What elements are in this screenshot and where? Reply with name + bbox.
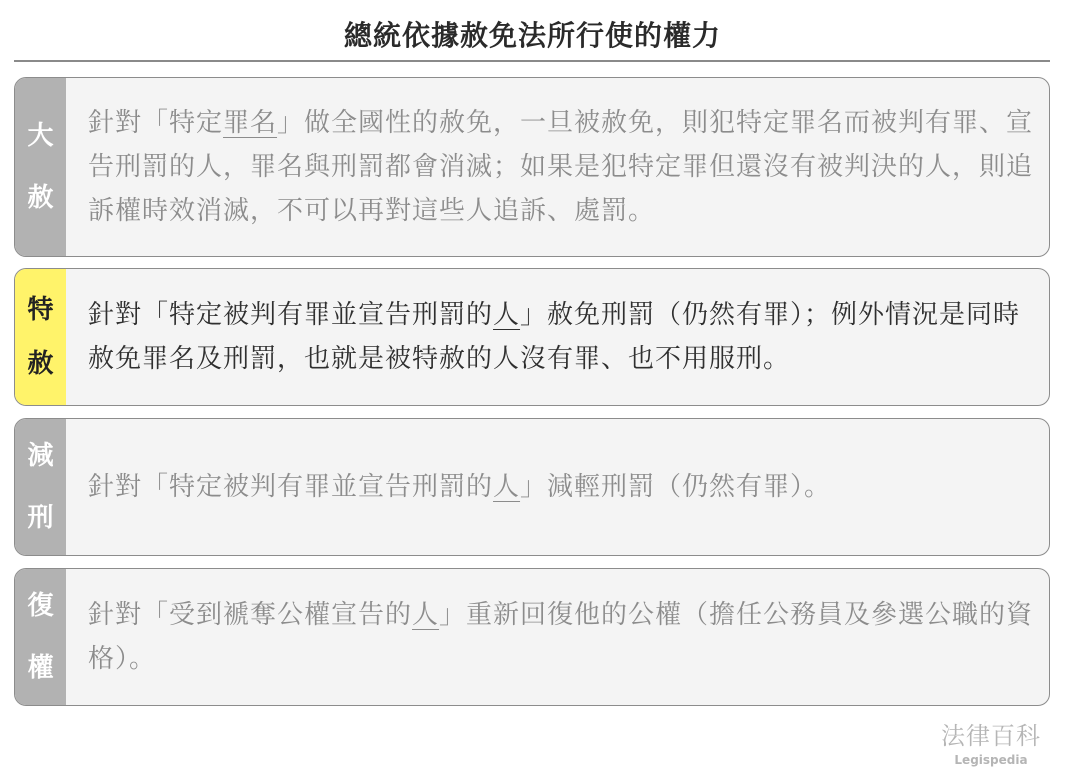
title-divider	[14, 60, 1050, 62]
brand-logo: 法律百科 Legispedia	[941, 716, 1041, 767]
underlined-term: 罪名	[223, 108, 277, 138]
tag-char: 權	[27, 655, 53, 681]
card-restoration: 復 權 針對「受到褫奪公權宣告的人」重新回復他的公權（擔任公務員及參選公職的資格…	[14, 568, 1050, 706]
tag-char: 減	[27, 443, 53, 469]
tag-char: 刑	[27, 505, 53, 531]
tag-char: 大	[27, 123, 53, 149]
card-special-pardon: 特 赦 針對「特定被判有罪並宣告刑罰的人」赦免刑罰（仍然有罪）；例外情況是同時赦…	[14, 268, 1050, 406]
brand-name-zh: 法律百科	[941, 716, 1041, 751]
card-tag: 特 赦	[15, 269, 66, 405]
underlined-term: 人	[412, 600, 439, 630]
card-tag: 復 權	[15, 569, 66, 705]
card-amnesty: 大 赦 針對「特定罪名」做全國性的赦免，一旦被赦免，則犯特定罪名而被判有罪、宣告…	[14, 77, 1050, 257]
card-tag: 大 赦	[15, 78, 66, 256]
tag-char: 赦	[27, 185, 53, 211]
card-tag: 減 刑	[15, 419, 66, 555]
card-description: 針對「特定罪名」做全國性的赦免，一旦被赦免，則犯特定罪名而被判有罪、宣告刑罰的人…	[66, 78, 1049, 256]
card-commutation: 減 刑 針對「特定被判有罪並宣告刑罰的人」減輕刑罰（仍然有罪）。	[14, 418, 1050, 556]
page-title: 總統依據赦免法所行使的權力	[0, 14, 1065, 54]
tag-char: 特	[27, 297, 53, 323]
underlined-term: 人	[493, 300, 520, 330]
underlined-term: 人	[493, 472, 520, 502]
card-description: 針對「特定被判有罪並宣告刑罰的人」減輕刑罰（仍然有罪）。	[66, 419, 1049, 555]
tag-char: 復	[27, 593, 53, 619]
card-description: 針對「特定被判有罪並宣告刑罰的人」赦免刑罰（仍然有罪）；例外情況是同時赦免罪名及…	[66, 269, 1049, 405]
brand-name-en: Legispedia	[941, 753, 1041, 767]
tag-char: 赦	[27, 351, 53, 377]
card-description: 針對「受到褫奪公權宣告的人」重新回復他的公權（擔任公務員及參選公職的資格）。	[66, 569, 1049, 705]
